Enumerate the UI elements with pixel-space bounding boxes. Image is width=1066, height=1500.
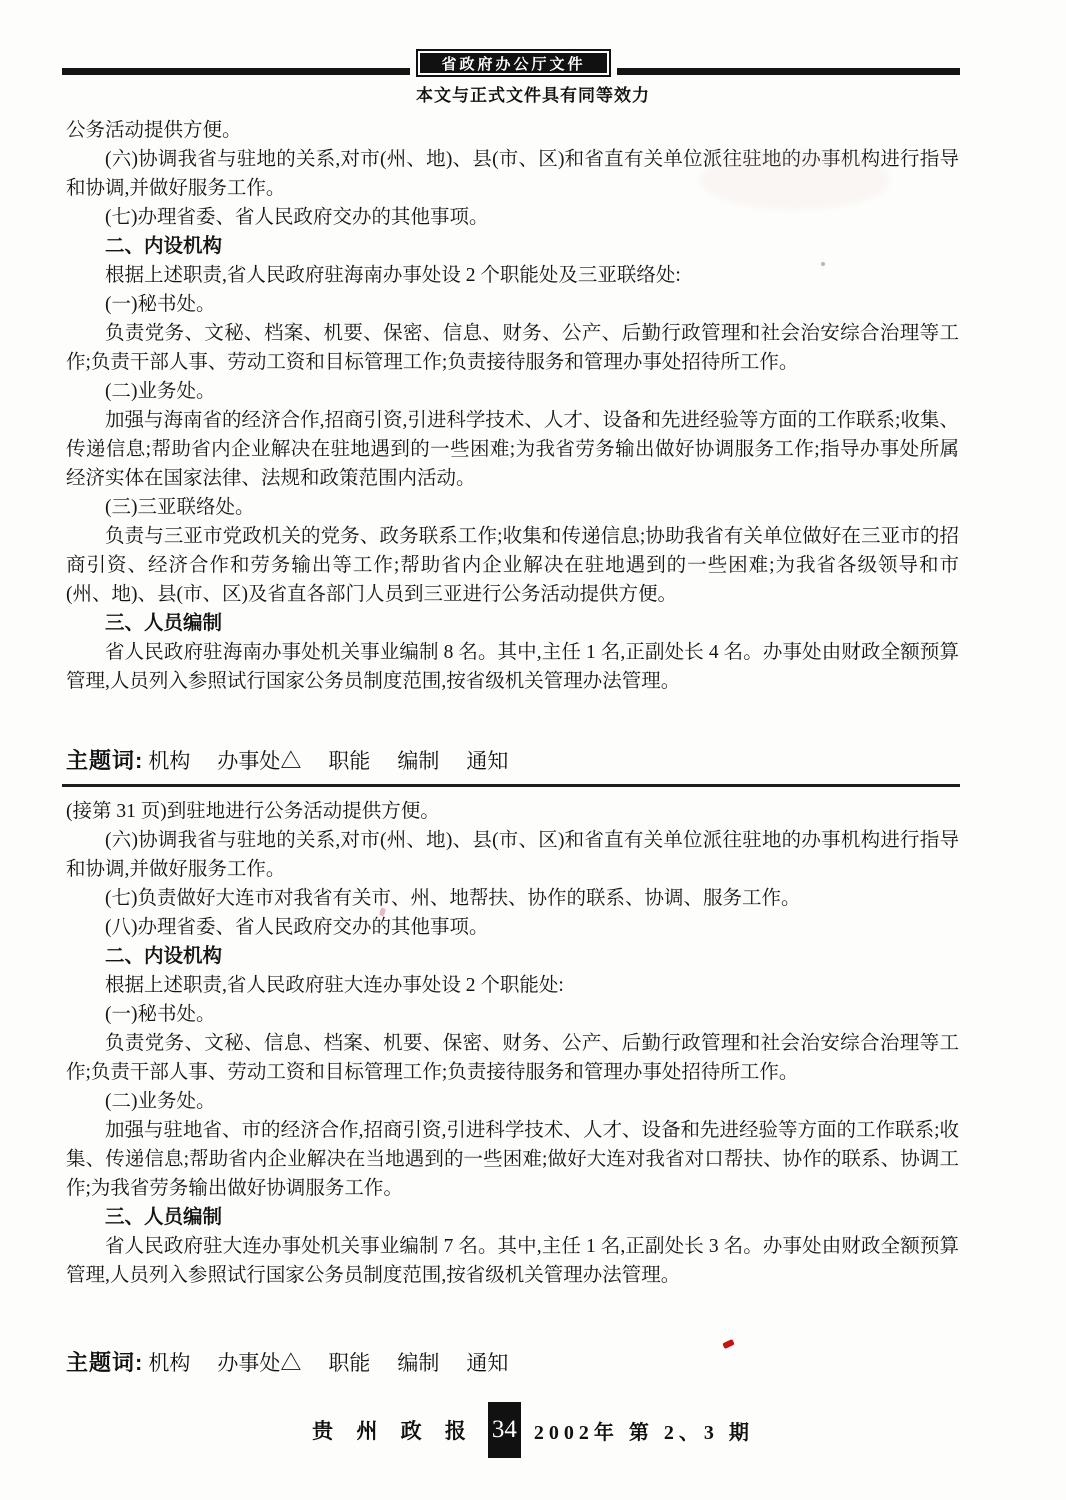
subject-term: 办事处△ [217, 749, 301, 773]
paragraph: 省人民政府驻海南办事处机关事业编制 8 名。其中,主任 1 名,正副处长 4 名… [66, 638, 959, 696]
subject-term: 通知 [466, 749, 508, 773]
paragraph: (一)秘书处。 [66, 290, 959, 319]
paragraph: 负责党务、文秘、信息、档案、机要、保密、财务、公产、后勤行政管理和社会治安综合治… [66, 1029, 959, 1087]
equivalence-note: 本文与正式文件具有同等效力 [0, 81, 1066, 106]
notice-dalian-office: (接第 31 页)到驻地进行公务活动提供方便。 (六)协调我省与驻地的关系,对市… [66, 797, 959, 1290]
subject-term: 办事处△ [217, 1351, 301, 1375]
section-heading: 二、内设机构 [66, 942, 959, 971]
subject-term: 编制 [397, 1351, 439, 1375]
issue-label: 2002年 第 2、3 期 [534, 1416, 754, 1445]
document-type-box: 省政府办公厅文件 [416, 49, 611, 77]
section-divider-rule [62, 784, 960, 787]
paragraph: 省人民政府驻大连办事处机关事业编制 7 名。其中,主任 1 名,正副处长 3 名… [66, 1232, 959, 1290]
paragraph: (二)业务处。 [66, 377, 959, 406]
paragraph: (八)办理省委、省人民政府交办的其他事项。 [66, 913, 959, 942]
paragraph: 负责与三亚市党政机关的党务、政务联系工作;收集和传递信息;协助我省有关单位做好在… [66, 522, 959, 609]
header-rule-left [62, 68, 410, 75]
subject-term: 机构 [148, 749, 190, 773]
page-footer: 贵 州 政 报 34 2002年 第 2、3 期 [0, 1402, 1066, 1458]
paragraph: (二)业务处。 [66, 1087, 959, 1116]
paragraph: 负责党务、文秘、档案、机要、保密、信息、财务、公产、后勤行政管理和社会治安综合治… [66, 319, 959, 377]
subject-term: 职能 [328, 1351, 370, 1375]
section-heading: 三、人员编制 [66, 1203, 959, 1232]
subject-words-label: 主题词: [66, 1350, 143, 1375]
subject-term: 通知 [466, 1351, 508, 1375]
subject-words-line: 主题词:机构办事处△职能编制通知 [66, 1346, 959, 1377]
subject-term: 职能 [328, 749, 370, 773]
paragraph: (一)秘书处。 [66, 1000, 959, 1029]
paragraph: 根据上述职责,省人民政府驻大连办事处设 2 个职能处: [66, 971, 959, 1000]
subject-term: 编制 [397, 749, 439, 773]
paragraph: 加强与海南省的经济合作,招商引资,引进科学技术、人才、设备和先进经验等方面的工作… [66, 406, 959, 493]
scan-speck [821, 262, 825, 266]
header-rule-right [617, 68, 960, 75]
section-heading: 二、内设机构 [66, 232, 959, 261]
paragraph: 根据上述职责,省人民政府驻海南办事处设 2 个职能处及三亚联络处: [66, 261, 959, 290]
paragraph: (六)协调我省与驻地的关系,对市(州、地)、县(市、区)和省直有关单位派往驻地的… [66, 826, 959, 884]
subject-words-line: 主题词:机构办事处△职能编制通知 [66, 744, 959, 775]
paragraph: (三)三亚联络处。 [66, 493, 959, 522]
paragraph: 加强与驻地省、市的经济合作,招商引资,引进科学技术、人才、设备和先进经验等方面的… [66, 1116, 959, 1203]
page-number-badge: 34 [488, 1402, 521, 1458]
journal-title: 贵 州 政 报 [312, 1415, 475, 1445]
section-heading: 三、人员编制 [66, 609, 959, 638]
paragraph: (接第 31 页)到驻地进行公务活动提供方便。 [66, 797, 959, 826]
paragraph: (七)负责做好大连市对我省有关市、州、地帮扶、协作的联系、协调、服务工作。 [66, 884, 959, 913]
subject-term: 机构 [148, 1351, 190, 1375]
scanned-gazette-page: 省政府办公厅文件 本文与正式文件具有同等效力 公务活动提供方便。 (六)协调我省… [0, 0, 1066, 1500]
subject-words-label: 主题词: [66, 748, 143, 773]
paragraph: 公务活动提供方便。 [66, 116, 959, 145]
document-type-label: 省政府办公厅文件 [420, 53, 607, 73]
scan-smudge [700, 150, 890, 210]
